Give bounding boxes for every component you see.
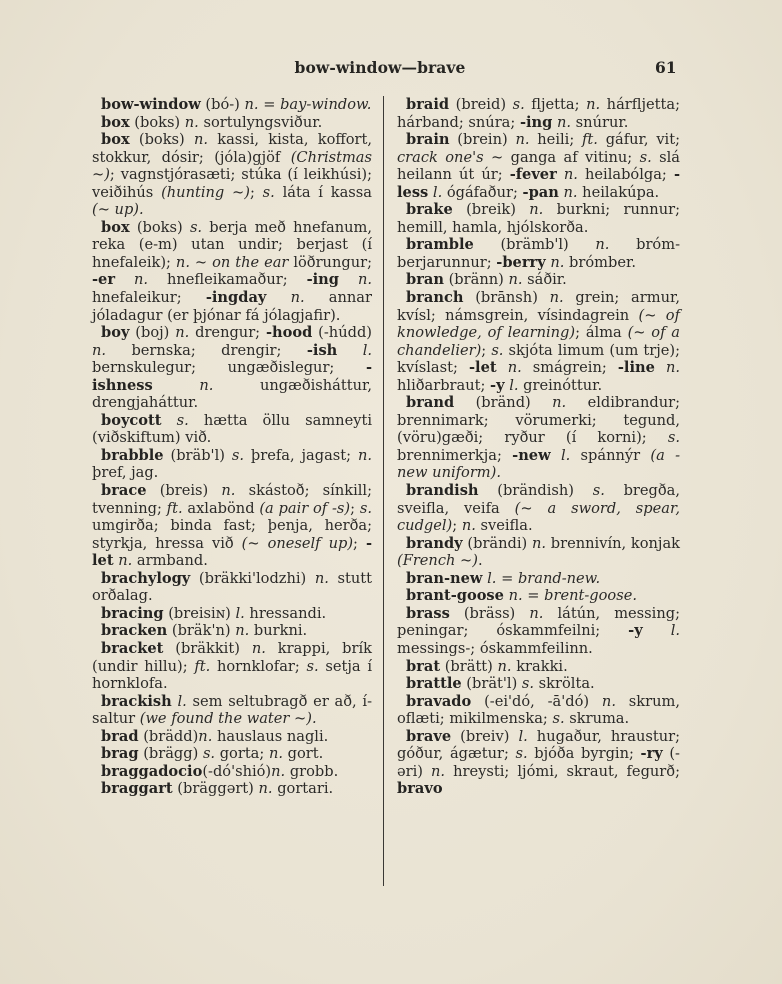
definition-text: messings-; óskammfeilinn. <box>397 640 593 657</box>
definition-text: = <box>259 96 281 113</box>
definition-text: spánnýr <box>570 447 650 464</box>
italic-text: n. <box>259 780 273 797</box>
headword: braggadocio <box>101 763 202 780</box>
dictionary-entry: bran-new l. = brand-new. <box>397 570 680 588</box>
italic-text: s. <box>307 658 319 675</box>
headword: brat <box>406 658 440 675</box>
definition-text: hnefaleikur; <box>92 289 206 306</box>
definition-text: (brädd) <box>139 728 199 745</box>
definition-text: ; <box>481 342 491 359</box>
italic-text: n. <box>498 658 512 675</box>
italic-text: n. <box>595 236 609 253</box>
definition-text: sveifla. <box>476 517 533 534</box>
headword: bran-new <box>406 570 482 587</box>
definition-text: = <box>496 570 518 587</box>
italic-text: n. <box>194 131 208 148</box>
italic-text: n. <box>529 201 543 218</box>
definition-text: hreysti; ljómi, skraut, fegurð; <box>445 763 680 780</box>
subentry-word: -ry <box>641 745 663 762</box>
definition-text: heilabólga; <box>578 166 674 183</box>
definition-text: (brändish) <box>479 482 593 499</box>
definition-text: skruma. <box>565 710 630 727</box>
headword: brand <box>406 394 454 411</box>
definition-text <box>655 359 666 376</box>
dictionary-page: bow-window—brave 61 bow-window (bó-) n. … <box>0 0 782 984</box>
italic-text: n. <box>199 377 213 394</box>
headword: brant-goose <box>406 587 504 604</box>
dictionary-entry: brandish (brändish) s. bregða, sveifla, … <box>397 482 680 535</box>
dictionary-entry: brake (breik) n. burkni; runn­ur; hemill… <box>397 201 680 236</box>
definition-text <box>153 377 200 394</box>
subentry-word: -new <box>512 447 551 464</box>
definition-text: snúrur. <box>571 114 628 131</box>
subentry-word: -y <box>490 377 505 394</box>
headword: bran <box>406 271 444 288</box>
dictionary-entry: brant-goose n. = brent-goose. <box>397 587 680 605</box>
definition-text: axlabönd <box>183 500 260 517</box>
definition-text: (bräkki'lodzhi) <box>190 570 315 587</box>
definition-text: = <box>523 587 545 604</box>
dictionary-entry: box (boks) s. berja með hnef­anum, reka … <box>92 219 372 324</box>
italic-text: ft. <box>194 658 210 675</box>
subentry-word: -let <box>469 359 497 376</box>
headword: brackish <box>101 693 172 710</box>
italic-text: s. <box>552 710 564 727</box>
italic-text: brent-goose. <box>544 587 637 604</box>
italic-text: n. <box>92 342 106 359</box>
italic-text: s. <box>515 745 527 762</box>
italic-text: s. <box>177 412 189 429</box>
subentry-word: -ish <box>307 342 337 359</box>
definition-text <box>162 412 177 429</box>
dictionary-entry: bow-window (bó-) n. = bay-window. <box>92 96 372 114</box>
italic-text: ft. <box>582 131 598 148</box>
definition-text: löðrungur; <box>288 254 372 271</box>
italic-text: n. <box>315 570 329 587</box>
italic-text: (a pair of -s) <box>259 500 350 517</box>
italic-text: n. <box>557 114 571 131</box>
italic-text: n. <box>602 693 616 710</box>
definition-text: (brānsh) <box>463 289 549 306</box>
italic-text: n. <box>550 289 564 306</box>
dictionary-entry: bran (bränn) n. sáðir. <box>397 271 680 289</box>
definition-text: (brämb'l) <box>474 236 596 253</box>
definition-text: (brätt) <box>440 658 497 675</box>
definition-text: (brägg) <box>139 745 203 762</box>
dictionary-entry: brain (brein) n. heili; ft. gáf­ur, vit;… <box>397 131 680 201</box>
definition-text: smágrein; <box>522 359 618 376</box>
italic-text: n. <box>358 271 372 288</box>
dictionary-entry: braggadocio(-dó'shió)n. grobb. <box>92 763 372 781</box>
definition-text: drengur; <box>189 324 266 341</box>
definition-text: sáðir. <box>523 271 567 288</box>
italic-text: l. <box>433 184 442 201</box>
headword: brandish <box>406 482 479 499</box>
dictionary-entry: brattle (brät'l) s. skrölta. <box>397 675 680 693</box>
definition-text: þref, jag. <box>92 464 158 481</box>
definition-text: (bräb'l) <box>164 447 232 464</box>
italic-text: brand-new. <box>518 570 600 587</box>
definition-text <box>643 622 671 639</box>
italic-text: (we found the water ~). <box>140 710 317 727</box>
definition-text: (bó-) <box>201 96 245 113</box>
headword: braggart <box>101 780 173 797</box>
headword: boycott <box>101 412 162 429</box>
italic-text: l. <box>235 605 244 622</box>
italic-text: s. <box>593 482 605 499</box>
headword: brachylogy <box>101 570 190 587</box>
dictionary-entry: brand (bränd) n. eldibrandur; brennimark… <box>397 394 680 482</box>
italic-text: n. <box>358 447 372 464</box>
italic-text: n. <box>515 131 529 148</box>
subentry-word: -ing <box>520 114 552 131</box>
definition-text: láta í kassa <box>275 184 372 201</box>
definition-text: ganga af vitinu; <box>503 149 639 166</box>
subentry-word: -berry <box>496 254 545 271</box>
dictionary-entry: bracken (bräk'n) n. burkni. <box>92 622 372 640</box>
definition-text <box>557 166 564 183</box>
definition-text: (breis) <box>147 482 222 499</box>
headword: brain <box>406 131 450 148</box>
definition-text: ; <box>250 184 263 201</box>
headword: brad <box>101 728 139 745</box>
column-rule <box>383 96 384 886</box>
italic-text: n. <box>271 763 285 780</box>
italic-text: n. <box>134 271 148 288</box>
italic-text: l. <box>671 622 680 639</box>
definition-text: grobb. <box>285 763 338 780</box>
definition-text: (bränd) <box>454 394 552 411</box>
definition-text: (bräggərt) <box>173 780 259 797</box>
dictionary-entry: branch (brānsh) n. grein; arm­ur, kvísl;… <box>397 289 680 394</box>
definition-text: gort. <box>283 745 323 762</box>
definition-text: gorta; <box>215 745 269 762</box>
italic-text: n. <box>529 605 543 622</box>
definition-text: gáf­ur, vit; <box>598 131 680 148</box>
definition-text: ; <box>350 500 360 517</box>
italic-text: n. <box>118 552 132 569</box>
definition-text: (breik) <box>453 201 530 218</box>
definition-text: (boks) <box>130 219 190 236</box>
definition-text <box>497 359 508 376</box>
headword: bow-window <box>101 96 201 113</box>
italic-text: l. <box>509 377 518 394</box>
definition-text: þrefa, jag­ast; <box>244 447 358 464</box>
italic-text: (~ up). <box>92 201 144 218</box>
dictionary-entry: brave (breiv) l. hugaður, hraustur; góðu… <box>397 728 680 798</box>
definition-text: gortari. <box>273 780 334 797</box>
italic-text: s. <box>190 219 202 236</box>
definition-text: (brein) <box>450 131 516 148</box>
definition-text: hlið­arbraut; <box>397 377 490 394</box>
definition-text: (bränn) <box>444 271 508 288</box>
italic-text: bay-window. <box>280 96 371 113</box>
italic-text: (~ oneself up) <box>242 535 353 552</box>
right-column: braid (breid) s. fljetta; n. hár­fljetta… <box>397 96 680 798</box>
italic-text: n. <box>586 96 600 113</box>
headword: brabble <box>101 447 164 464</box>
definition-text: (breisiɴ) <box>164 605 236 622</box>
definition-text: (-dó'shió) <box>202 763 271 780</box>
definition-text: ; <box>353 535 366 552</box>
subentry-word: -hood <box>266 324 312 341</box>
italic-text: (French ~) <box>397 552 478 569</box>
definition-text <box>115 271 134 288</box>
definition-text: (boj) <box>129 324 175 341</box>
headword: brave <box>406 728 451 745</box>
definition-text: heili; <box>530 131 583 148</box>
definition-text <box>339 271 358 288</box>
italic-text: n. <box>508 271 522 288</box>
dictionary-entry: brag (brägg) s. gorta; n. gort. <box>92 745 372 763</box>
dictionary-entry: brace (breis) n. skástoð; sín­kill; tven… <box>92 482 372 570</box>
italic-text: n. <box>198 728 212 745</box>
headword: bravado <box>406 693 471 710</box>
subentry-word: -ing <box>307 271 339 288</box>
italic-text: l. <box>518 728 527 745</box>
definition-text: (-ei'dó, -ā'dó) <box>471 693 602 710</box>
italic-text: l. <box>177 693 186 710</box>
italic-text: n. <box>509 587 523 604</box>
definition-text: fljetta; <box>525 96 586 113</box>
definition-text: krakki. <box>512 658 568 675</box>
headword: bracken <box>101 622 167 639</box>
dictionary-entry: bravado (-ei'dó, -ā'dó) n. skrum, oflæti… <box>397 693 680 728</box>
headword: brake <box>406 201 453 218</box>
italic-text: s. <box>263 184 275 201</box>
italic-text: n. <box>552 394 566 411</box>
definition-text <box>337 342 362 359</box>
subentry-word: -pan <box>523 184 559 201</box>
definition-text: ; álma <box>575 324 627 341</box>
headword: bramble <box>406 236 474 253</box>
dictionary-entry: bramble (brämb'l) n. bróm­berjarunnur; -… <box>397 236 680 271</box>
definition-text: hornklof­ar; <box>210 658 306 675</box>
italic-text: s. <box>491 342 503 359</box>
italic-text: n. <box>185 114 199 131</box>
definition-text: armband. <box>132 552 208 569</box>
headword: brattle <box>406 675 462 692</box>
dictionary-entry: brat (brätt) n. krakki. <box>397 658 680 676</box>
italic-text: n. <box>269 745 283 762</box>
italic-text: l. <box>561 447 570 464</box>
dictionary-entry: braggart (bräggərt) n. gortari. <box>92 780 372 798</box>
italic-text: n. <box>245 96 259 113</box>
definition-text: bernska; drengir; <box>106 342 307 359</box>
italic-text: (hunting ~) <box>161 184 250 201</box>
headword: brandy <box>406 535 463 552</box>
italic-text: l. <box>363 342 372 359</box>
dictionary-entry: brabble (bräb'l) s. þrefa, jag­ast; n. þ… <box>92 447 372 482</box>
subentry-word: -er <box>92 271 115 288</box>
definition-text: . <box>478 552 483 569</box>
dictionary-entry: brachylogy (bräkki'lodzhi) n. stutt orða… <box>92 570 372 605</box>
running-title: bow-window—brave <box>0 58 760 77</box>
definition-text: ógáf­aður; <box>442 184 522 201</box>
definition-text: brennivín, konjak <box>546 535 680 552</box>
definition-text: burkni. <box>249 622 307 639</box>
definition-text: ; <box>452 517 462 534</box>
italic-text: n. <box>666 359 680 376</box>
definition-text: skrölta. <box>534 675 595 692</box>
italic-text: s. <box>360 500 372 517</box>
italic-text: n. <box>532 535 546 552</box>
italic-text: n. <box>462 517 476 534</box>
definition-text: greinóttur. <box>519 377 603 394</box>
dictionary-entry: box (boks) n. sortulyngsviður. <box>92 114 372 132</box>
italic-text: s. <box>522 675 534 692</box>
italic-text: s. <box>668 429 680 446</box>
headword: branch <box>406 289 463 306</box>
dictionary-entry: brandy (brändi) n. brennivín, konjak (Fr… <box>397 535 680 570</box>
definition-text: (brändi) <box>463 535 532 552</box>
definition-text: heilakúpa. <box>578 184 660 201</box>
italic-text: n. <box>221 482 235 499</box>
headword: braid <box>406 96 449 113</box>
definition-text: brennimerkja; <box>397 447 512 464</box>
italic-text: n. <box>508 359 522 376</box>
page-number: 61 <box>655 58 677 77</box>
dictionary-entry: brad (brädd)n. hauslaus nagli. <box>92 728 372 746</box>
italic-text: n. <box>431 763 445 780</box>
headword: bracing <box>101 605 164 622</box>
headword: box <box>101 114 130 131</box>
headword: bracket <box>101 640 163 657</box>
definition-text: hnefleika­maður; <box>148 271 307 288</box>
italic-text: n. <box>564 166 578 183</box>
italic-text: n. <box>235 622 249 639</box>
italic-text: s. <box>203 745 215 762</box>
italic-text: s. <box>232 447 244 464</box>
definition-text: brómber. <box>564 254 636 271</box>
headword: brass <box>406 605 450 622</box>
dictionary-entry: box (boks) n. kassi, kista, koff­ort, st… <box>92 131 372 219</box>
dictionary-entry: brass (bräss) n. látún, mess­ing; pening… <box>397 605 680 658</box>
italic-text: s. <box>640 149 652 166</box>
definition-text: (-húdd) <box>312 324 372 341</box>
definition-text <box>551 447 561 464</box>
italic-text: crack one's ~ <box>397 149 503 166</box>
italic-text: s. <box>513 96 525 113</box>
subentry-word: -line <box>618 359 655 376</box>
running-head: bow-window—brave 61 <box>0 58 782 82</box>
definition-text <box>266 289 290 306</box>
italic-text: n. <box>291 289 305 306</box>
subentry-word: -y <box>628 622 643 639</box>
definition-text: (bräk'n) <box>167 622 235 639</box>
definition-text: hressandi. <box>245 605 326 622</box>
definition-text: (breid) <box>449 96 512 113</box>
italic-text: n. <box>563 184 577 201</box>
definition-text: hauslaus nagli. <box>212 728 328 745</box>
italic-text: n. <box>252 640 266 657</box>
definition-text: (boks) <box>130 131 194 148</box>
definition-text: bernskulegur; ungæðis­legur; <box>92 359 366 376</box>
subentry-word: -ing­day <box>206 289 267 306</box>
headword: brace <box>101 482 147 499</box>
definition-text: (boks) <box>130 114 185 131</box>
definition-text: (bräss) <box>450 605 530 622</box>
definition-text: (breiv) <box>451 728 518 745</box>
subentry-word: bravo <box>397 780 443 797</box>
italic-text: ft. <box>167 500 183 517</box>
dictionary-entry: boycott s. hætta öllu samneyti (viðskift… <box>92 412 372 447</box>
definition-text: sortulyngsviður. <box>199 114 322 131</box>
dictionary-entry: braid (breid) s. fljetta; n. hár­fljetta… <box>397 96 680 131</box>
definition-text: bjóða byrgin; <box>528 745 641 762</box>
dictionary-entry: bracket (bräkkit) n. krappi, brík (undir… <box>92 640 372 693</box>
subentry-word: -fe­ver <box>510 166 557 183</box>
italic-text: n. <box>550 254 564 271</box>
dictionary-entry: bracing (breisiɴ) l. hressandi. <box>92 605 372 623</box>
headword: brag <box>101 745 139 762</box>
dictionary-entry: brackish l. sem seltubragð er að, í-salt… <box>92 693 372 728</box>
italic-text: n. ~ on the ear <box>176 254 288 271</box>
left-column: bow-window (bó-) n. = bay-window.box (bo… <box>92 96 372 798</box>
definition-text: (brät'l) <box>462 675 522 692</box>
italic-text: n. <box>175 324 189 341</box>
definition-text: (bräkkit) <box>163 640 251 657</box>
headword: box <box>101 131 130 148</box>
headword: box <box>101 219 130 236</box>
dictionary-entry: boy (boj) n. drengur; -hood (-húdd) n. b… <box>92 324 372 412</box>
headword: boy <box>101 324 129 341</box>
